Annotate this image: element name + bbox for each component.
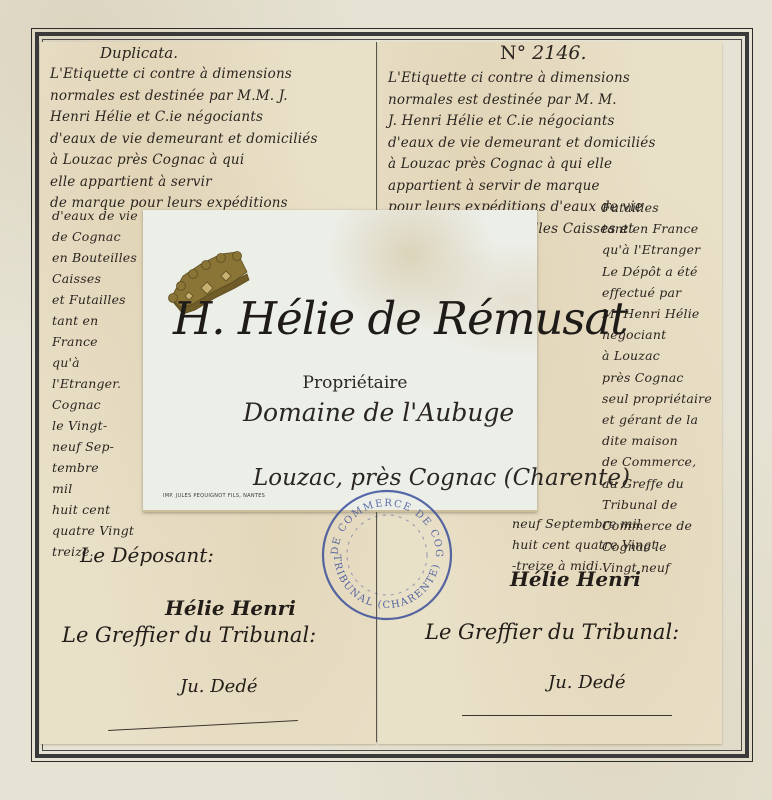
stamp-top-text: DE COMMERCE DE COGNAC xyxy=(318,486,444,559)
label-estate: Domaine de l'Aubuge xyxy=(243,398,514,427)
clerk-label-left: Le Greffier du Tribunal: xyxy=(62,623,316,647)
stamp-bottom-text: TRIBUNAL (CHARENTE) xyxy=(331,554,442,611)
depositor-label: Le Déposant: xyxy=(80,543,214,567)
clerk-label-right: Le Greffier du Tribunal: xyxy=(425,620,679,644)
signature-flourish-right xyxy=(462,715,672,716)
clerk-signature-left: Ju. Dedé xyxy=(180,676,258,697)
depositor-signature-right: Hélie Henri xyxy=(510,567,641,591)
depositor-signature-left: Hélie Henri xyxy=(165,596,296,620)
svg-text:TRIBUNAL (CHARENTE): TRIBUNAL (CHARENTE) xyxy=(331,554,442,611)
number-prefix: N° xyxy=(500,42,526,64)
svg-text:DE COMMERCE DE COGNAC: DE COMMERCE DE COGNAC xyxy=(318,486,444,559)
label-printer-imprint: IMP. JULES PEQUIGNOT FILS, NANTES xyxy=(163,493,265,499)
tribunal-stamp-icon: DE COMMERCE DE COGNAC TRIBUNAL (CHARENTE… xyxy=(318,486,456,624)
left-body-text: L'Etiquette ci contre à dimensions norma… xyxy=(50,64,370,215)
label-proprietor-name: H. Hélie de Rémusat xyxy=(173,292,553,345)
number-value: 2146. xyxy=(532,42,586,64)
left-column-text: d'eaux de vie de Cognac en Bouteilles Ca… xyxy=(52,205,147,562)
duplicata-heading: Duplicata. xyxy=(100,44,178,62)
document-number: N° 2146. xyxy=(500,42,587,64)
label-title: Propriétaire xyxy=(143,373,537,393)
clerk-signature-right: Ju. Dedé xyxy=(548,672,626,693)
wine-label: H. Hélie de Rémusat Propriétaire Domaine… xyxy=(143,210,537,512)
